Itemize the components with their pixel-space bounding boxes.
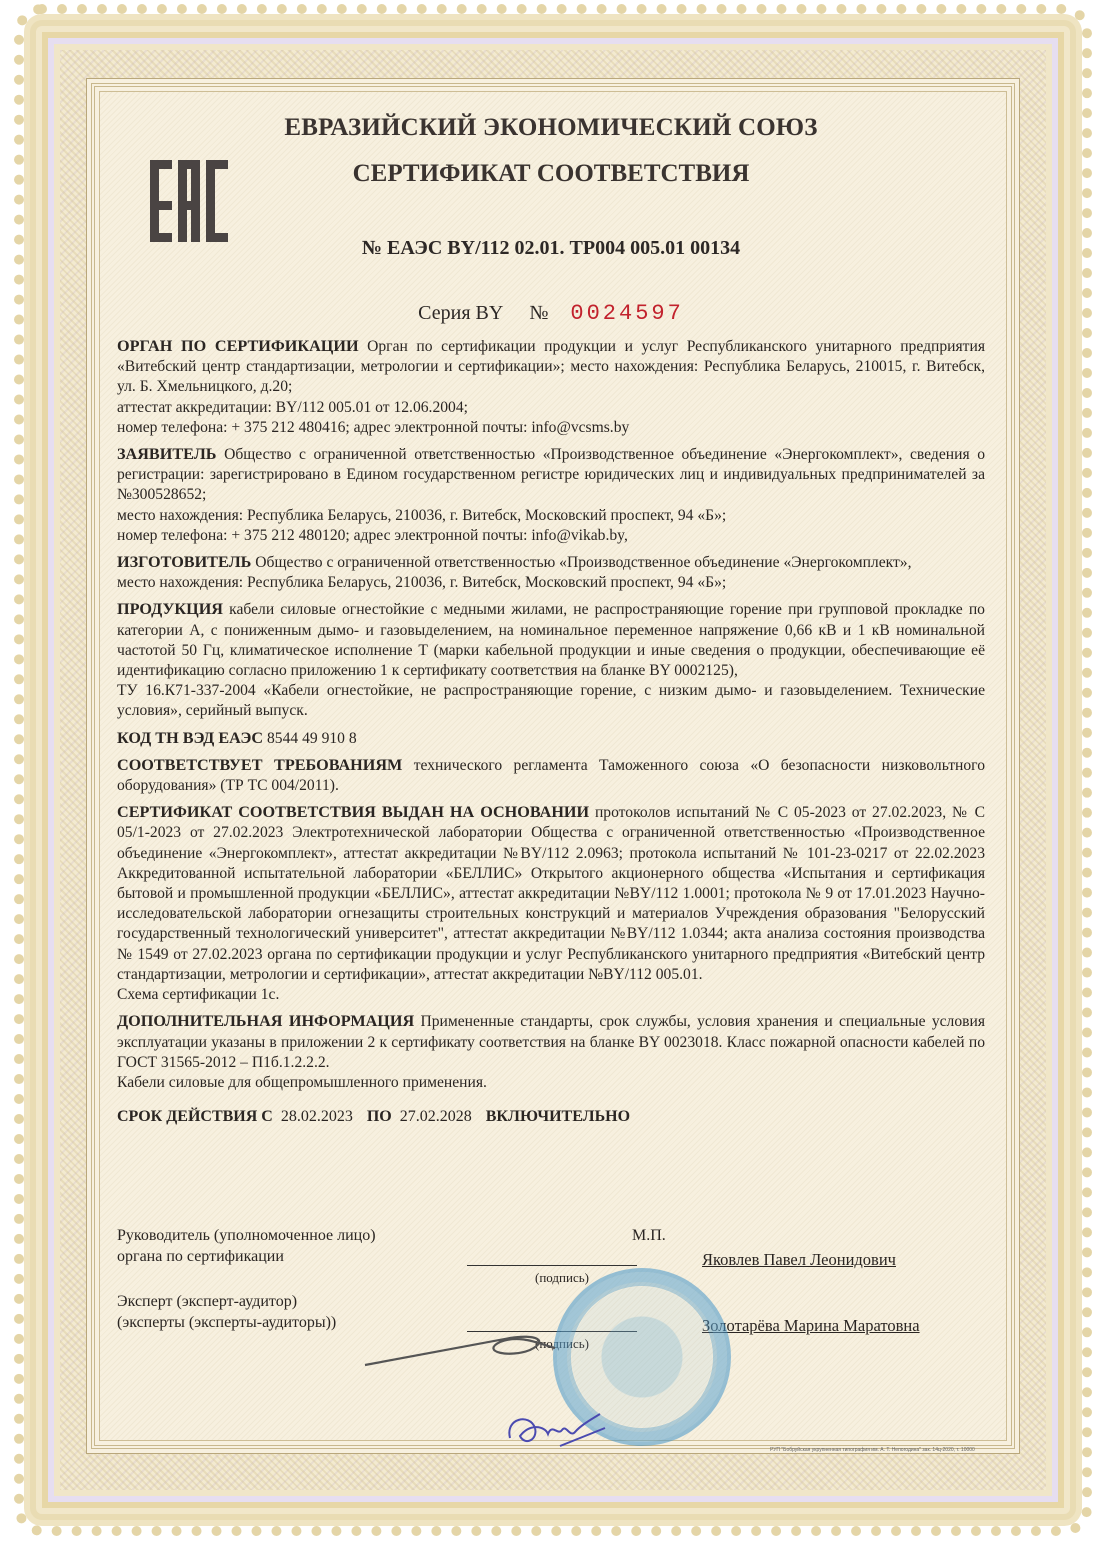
section-line: место нахождения: Республика Беларусь, 2… (117, 573, 985, 593)
head-signature-row: Руководитель (уполномоченное лицо) орган… (117, 1225, 985, 1283)
validity-from-date: 28.02.2023 (281, 1108, 353, 1125)
section-label: ЗАЯВИТЕЛЬ (117, 445, 216, 463)
section-line: ТУ 16.К71-337-2004 «Кабели огнестойкие, … (117, 681, 985, 721)
section-label: КОД ТН ВЭД ЕАЭС (117, 729, 263, 747)
head-name: Яковлев Павел Леонидович (702, 1249, 896, 1270)
series-line: Серия BY№0024597 (117, 301, 985, 326)
series-label: Серия BY (418, 302, 503, 324)
section-7: СЕРТИФИКАТ СООТВЕТСТВИЯ ВЫДАН НА ОСНОВАН… (117, 802, 985, 1005)
certificate-body: ОРГАН ПО СЕРТИФИКАЦИИ Орган по сертифика… (117, 336, 985, 1127)
section-label: ИЗГОТОВИТЕЛЬ (117, 553, 251, 571)
certificate-title: СЕРТИФИКАТ СООТВЕТСТВИЯ (117, 160, 985, 188)
printer-note: РУП "Бобруйская укрупненная типография и… (770, 1447, 975, 1453)
expert-name: Золотарёва Марина Маратовна (702, 1315, 920, 1336)
validity-to-date: 27.02.2028 (400, 1108, 472, 1125)
section-label: ПРОДУКЦИЯ (117, 600, 223, 618)
section-text: 8544 49 910 8 (267, 730, 357, 747)
section-text: кабели силовые огнестойкие с медными жил… (117, 601, 985, 679)
section-5: КОД ТН ВЭД ЕАЭС 8544 49 910 8 (117, 728, 985, 749)
section-line: аттестат аккредитации: BY/112 005.01 от … (117, 398, 985, 418)
section-text: Общество с ограниченной ответственностью… (117, 446, 985, 503)
section-4: ПРОДУКЦИЯ кабели силовые огнестойкие с м… (117, 599, 985, 721)
section-label: ДОПОЛНИТЕЛЬНАЯ ИНФОРМАЦИЯ (117, 1012, 414, 1030)
section-line: место нахождения: Республика Беларусь, 2… (117, 506, 985, 526)
section-line: Схема сертификации 1с. (117, 985, 985, 1005)
validity-to-label: ПО (367, 1108, 392, 1125)
section-line: Кабели силовые для общепромышленного при… (117, 1073, 985, 1093)
validity-suffix: ВКЛЮЧИТЕЛЬНО (486, 1108, 630, 1125)
certificate-number: № ЕАЭС BY/112 02.01. ТР004 005.01 00134 (117, 237, 985, 260)
serial-number: 0024597 (570, 301, 683, 326)
section-8: ДОПОЛНИТЕЛЬНАЯ ИНФОРМАЦИЯ Примененные ст… (117, 1011, 985, 1093)
signature-caption: (подпись) (535, 1267, 589, 1288)
section-2: ЗАЯВИТЕЛЬ Общество с ограниченной ответс… (117, 444, 985, 546)
section-label: СООТВЕТСТВУЕТ ТРЕБОВАНИЯМ (117, 756, 402, 774)
validity-period: СРОК ДЕЙСТВИЯ С28.02.2023ПО27.02.2028ВКЛ… (117, 1107, 985, 1127)
section-line: номер телефона: + 375 212 480416; адрес … (117, 418, 985, 438)
section-6: СООТВЕТСТВУЕТ ТРЕБОВАНИЯМ технического р… (117, 755, 985, 796)
section-label: ОРГАН ПО СЕРТИФИКАЦИИ (117, 337, 359, 355)
section-text: протоколов испытаний № С 05-2023 от 27.0… (117, 804, 985, 983)
section-1: ОРГАН ПО СЕРТИФИКАЦИИ Орган по сертифика… (117, 336, 985, 438)
head-role: Руководитель (уполномоченное лицо) орган… (117, 1225, 376, 1267)
signature-line (467, 1265, 637, 1266)
union-heading: ЕВРАЗИЙСКИЙ ЭКОНОМИЧЕСКИЙ СОЮЗ (117, 114, 985, 142)
head-signature-icon (360, 1330, 560, 1370)
section-line: номер телефона: + 375 212 480120; адрес … (117, 526, 985, 546)
section-3: ИЗГОТОВИТЕЛЬ Общество с ограниченной отв… (117, 552, 985, 593)
expert-role: Эксперт (эксперт-аудитор) (эксперты (экс… (117, 1291, 336, 1333)
expert-signature-icon (500, 1408, 610, 1452)
number-sign: № (529, 302, 548, 324)
section-text: Общество с ограниченной ответственностью… (255, 554, 911, 571)
seal-mark: М.П. (632, 1225, 666, 1246)
validity-from-label: СРОК ДЕЙСТВИЯ С (117, 1108, 273, 1125)
section-label: СЕРТИФИКАТ СООТВЕТСТВИЯ ВЫДАН НА ОСНОВАН… (117, 803, 589, 821)
